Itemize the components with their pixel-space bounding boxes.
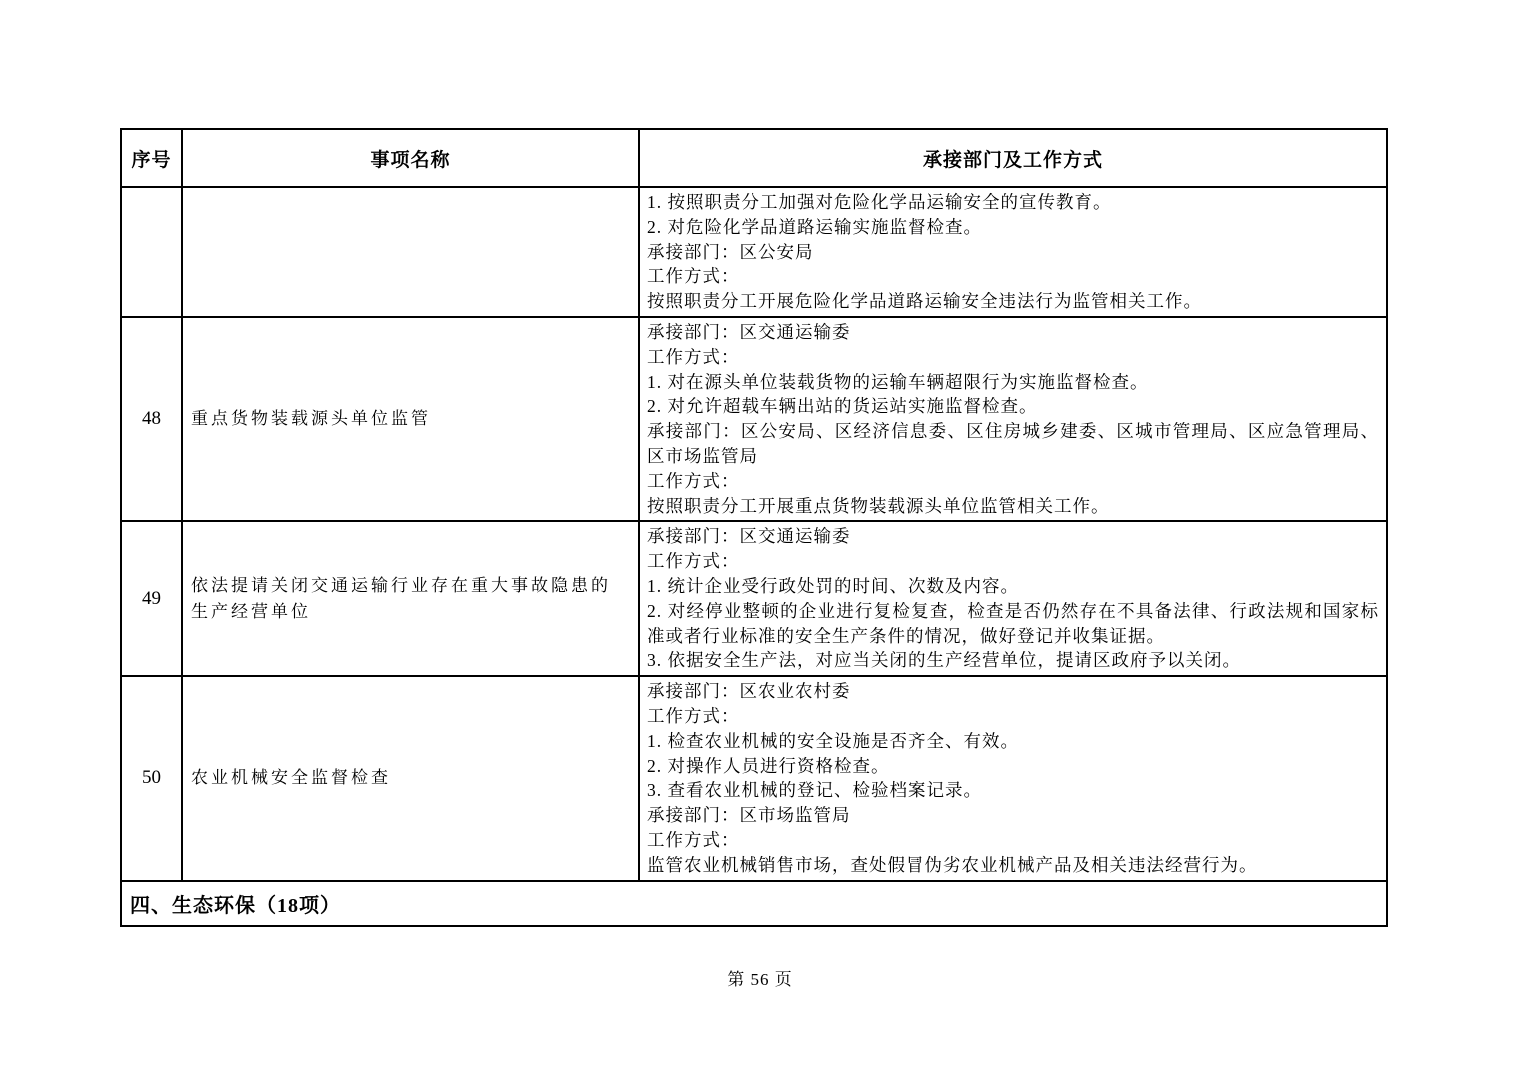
row-number: 50 [121,676,182,880]
detail-line: 2. 对操作人员进行资格检查。 [647,754,1379,779]
department-and-work-method: 承接部门：区交通运输委工作方式：1. 统计企业受行政处罚的时间、次数及内容。2.… [639,521,1387,676]
table-row: 50 农业机械安全监督检查 承接部门：区农业农村委工作方式：1. 检查农业机械的… [121,676,1387,880]
detail-line: 承接部门：区市场监管局 [647,803,1379,828]
detail-line: 1. 按照职责分工加强对危险化学品运输安全的宣传教育。 [647,190,1379,215]
detail-line: 按照职责分工开展重点货物装载源头单位监管相关工作。 [647,494,1379,519]
column-header-item-name: 事项名称 [182,129,639,187]
detail-line: 承接部门：区交通运输委 [647,524,1379,549]
item-name: 重点货物装载源头单位监管 [182,317,639,521]
row-number: 49 [121,521,182,676]
page-number: 第 56 页 [0,965,1520,990]
column-header-number: 序号 [121,129,182,187]
detail-line: 2. 对危险化学品道路运输实施监督检查。 [647,215,1379,240]
detail-line: 2. 对允许超载车辆出站的货运站实施监督检查。 [647,394,1379,419]
detail-line: 1. 对在源头单位装载货物的运输车辆超限行为实施监督检查。 [647,370,1379,395]
department-and-work-method: 1. 按照职责分工加强对危险化学品运输安全的宣传教育。2. 对危险化学品道路运输… [639,187,1387,317]
detail-line: 工作方式： [647,704,1379,729]
detail-line: 工作方式： [647,264,1379,289]
detail-line: 1. 统计企业受行政处罚的时间、次数及内容。 [647,574,1379,599]
item-name: 依法提请关闭交通运输行业存在重大事故隐患的生产经营单位 [182,521,639,676]
document-page: 序号 事项名称 承接部门及工作方式 1. 按照职责分工加强对危险化学品运输安全的… [0,0,1520,1074]
detail-line: 工作方式： [647,469,1379,494]
matters-table: 序号 事项名称 承接部门及工作方式 1. 按照职责分工加强对危险化学品运输安全的… [120,128,1388,927]
row-number [121,187,182,317]
detail-line: 承接部门：区农业农村委 [647,679,1379,704]
detail-line: 按照职责分工开展危险化学品道路运输安全违法行为监管相关工作。 [647,289,1379,314]
item-name [182,187,639,317]
department-and-work-method: 承接部门：区农业农村委工作方式：1. 检查农业机械的安全设施是否齐全、有效。2.… [639,676,1387,880]
table-row: 49 依法提请关闭交通运输行业存在重大事故隐患的生产经营单位 承接部门：区交通运… [121,521,1387,676]
item-name: 农业机械安全监督检查 [182,676,639,880]
row-number: 48 [121,317,182,521]
detail-line: 承接部门：区交通运输委 [647,320,1379,345]
section-header-label: 四、生态环保（18项） [121,881,1387,926]
section-header-row: 四、生态环保（18项） [121,881,1387,926]
detail-line: 承接部门：区公安局 [647,240,1379,265]
detail-line: 3. 查看农业机械的登记、检验档案记录。 [647,778,1379,803]
detail-line: 1. 检查农业机械的安全设施是否齐全、有效。 [647,729,1379,754]
table-body: 1. 按照职责分工加强对危险化学品运输安全的宣传教育。2. 对危险化学品道路运输… [121,187,1387,881]
column-header-department-method: 承接部门及工作方式 [639,129,1387,187]
header-row: 序号 事项名称 承接部门及工作方式 [121,129,1387,187]
table-row: 1. 按照职责分工加强对危险化学品运输安全的宣传教育。2. 对危险化学品道路运输… [121,187,1387,317]
detail-line: 工作方式： [647,828,1379,853]
department-and-work-method: 承接部门：区交通运输委工作方式：1. 对在源头单位装载货物的运输车辆超限行为实施… [639,317,1387,521]
section-footer-body: 四、生态环保（18项） [121,881,1387,926]
detail-line: 3. 依据安全生产法，对应当关闭的生产经营单位，提请区政府予以关闭。 [647,648,1379,673]
detail-line: 工作方式： [647,345,1379,370]
detail-line: 承接部门：区公安局、区经济信息委、区住房城乡建委、区城市管理局、区应急管理局、区… [647,419,1379,469]
detail-line: 2. 对经停业整顿的企业进行复检复查，检查是否仍然存在不具备法律、行政法规和国家… [647,599,1379,649]
table-row: 48 重点货物装载源头单位监管 承接部门：区交通运输委工作方式：1. 对在源头单… [121,317,1387,521]
detail-line: 工作方式： [647,549,1379,574]
table-header: 序号 事项名称 承接部门及工作方式 [121,129,1387,187]
detail-line: 监管农业机械销售市场，查处假冒伪劣农业机械产品及相关违法经营行为。 [647,853,1379,878]
